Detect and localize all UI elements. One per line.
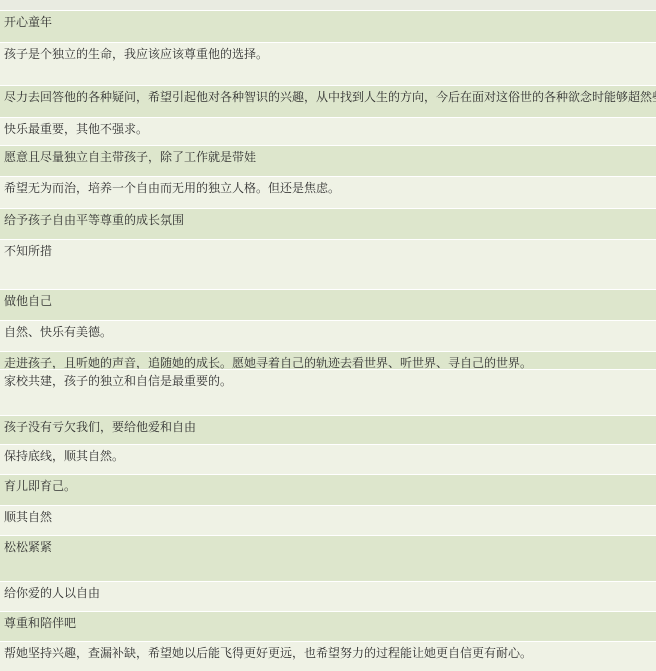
- table-row[interactable]: 保持底线，顺其自然。: [0, 445, 656, 475]
- row-text: 孩子没有亏欠我们，要给他爱和自由: [4, 420, 196, 434]
- table-row[interactable]: 孩子没有亏欠我们，要给他爱和自由: [0, 416, 656, 445]
- row-text: 给你爱的人以自由: [4, 586, 100, 600]
- row-text: 开心童年: [4, 15, 52, 29]
- table-row[interactable]: 尊重和陪伴吧: [0, 612, 656, 642]
- row-text: 希望无为而治，培养一个自由而无用的独立人格。但还是焦虑。: [4, 181, 340, 195]
- table-row[interactable]: 给予孩子自由平等尊重的成长氛围: [0, 209, 656, 240]
- table-row[interactable]: 给你爱的人以自由: [0, 582, 656, 612]
- responses-table: 开心童年 孩子是个独立的生命，我应该应该尊重他的选择。 尽力去回答他的各种疑问，…: [0, 0, 656, 671]
- row-text: 顺其自然: [4, 510, 52, 524]
- table-row[interactable]: 不知所措: [0, 240, 656, 290]
- row-text: 不知所措: [4, 244, 52, 258]
- table-row[interactable]: 孩子是个独立的生命，我应该应该尊重他的选择。: [0, 43, 656, 86]
- row-text: 自然、快乐有美德。: [4, 325, 112, 339]
- table-row[interactable]: 愿意且尽量独立自主带孩子，除了工作就是带娃: [0, 146, 656, 177]
- table-row[interactable]: 希望无为而治，培养一个自由而无用的独立人格。但还是焦虑。: [0, 177, 656, 209]
- table-row[interactable]: 顺其自然: [0, 506, 656, 536]
- row-text: 尊重和陪伴吧: [4, 616, 76, 630]
- table-row[interactable]: [0, 0, 656, 11]
- table-row[interactable]: 家校共建，孩子的独立和自信是最重要的。: [0, 370, 656, 416]
- row-text: 家校共建，孩子的独立和自信是最重要的。: [4, 374, 232, 388]
- table-row[interactable]: 走进孩子，且听她的声音，追随她的成长。愿她寻着自己的轨迹去看世界、听世界、寻自己…: [0, 352, 656, 370]
- row-text: 孩子是个独立的生命，我应该应该尊重他的选择。: [4, 47, 268, 61]
- table-row[interactable]: 开心童年: [0, 11, 656, 43]
- table-row[interactable]: 帮她坚持兴趣，查漏补缺，希望她以后能飞得更好更远，也希望努力的过程能让她更自信更…: [0, 642, 656, 671]
- table-row[interactable]: 做他自己: [0, 290, 656, 321]
- table-row[interactable]: 松松紧紧: [0, 536, 656, 582]
- row-text: 愿意且尽量独立自主带孩子，除了工作就是带娃: [4, 150, 256, 164]
- table-row[interactable]: 快乐最重要，其他不强求。: [0, 118, 656, 146]
- row-text: 给予孩子自由平等尊重的成长氛围: [4, 213, 184, 227]
- row-text: 帮她坚持兴趣，查漏补缺，希望她以后能飞得更好更远，也希望努力的过程能让她更自信更…: [4, 646, 532, 660]
- table-row[interactable]: 育儿即育己。: [0, 475, 656, 506]
- table-row[interactable]: 尽力去回答他的各种疑问，希望引起他对各种智识的兴趣，从中找到人生的方向，今后在面…: [0, 86, 656, 118]
- row-text: 保持底线，顺其自然。: [4, 449, 124, 463]
- row-text: 做他自己: [4, 294, 52, 308]
- table-row[interactable]: 自然、快乐有美德。: [0, 321, 656, 352]
- row-text: 松松紧紧: [4, 540, 52, 554]
- row-text: 尽力去回答他的各种疑问，希望引起他对各种智识的兴趣，从中找到人生的方向，今后在面…: [4, 90, 656, 104]
- row-text: 育儿即育己。: [4, 479, 76, 493]
- row-text: 快乐最重要，其他不强求。: [4, 122, 148, 136]
- row-text: 走进孩子，且听她的声音，追随她的成长。愿她寻着自己的轨迹去看世界、听世界、寻自己…: [4, 356, 532, 370]
